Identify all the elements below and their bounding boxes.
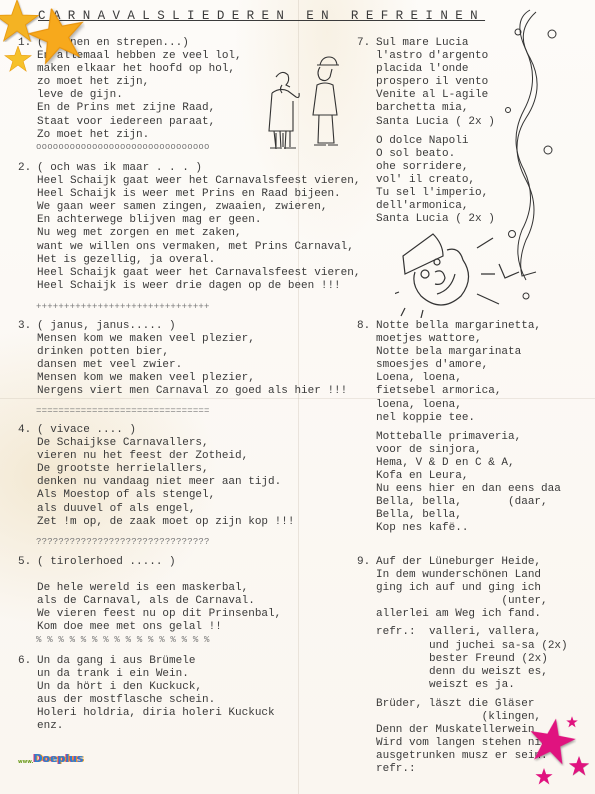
lyric-line: Auf der Lüneburger Heide, bbox=[376, 556, 568, 569]
song-6: 6.Un da gang i aus Brümeleun da trank i … bbox=[18, 655, 275, 734]
lyric-line: Mensen kom we maken veel plezier, bbox=[37, 333, 347, 346]
separator-1: ooooooooooooooooooooooooooooooo bbox=[36, 142, 210, 152]
lyric-line: Heel Schaijk gaat weer het Carnavalsfees… bbox=[37, 175, 360, 188]
lyric-line: Sul mare Lucia bbox=[376, 37, 495, 50]
lyric-line: als de Carnaval, als de Carnaval. bbox=[37, 595, 281, 608]
lyric-line: Als Moestop of als stengel, bbox=[37, 489, 294, 502]
gold-star-small-icon bbox=[4, 46, 32, 72]
lyric-line: Zet !m op, de zaak moet op zijn kop !!! bbox=[37, 516, 294, 529]
song-number: 4. bbox=[18, 424, 31, 437]
song-number: 8. bbox=[357, 320, 370, 333]
lyric-line: Kop nes kafë.. bbox=[376, 522, 561, 535]
song-number: 3. bbox=[18, 320, 31, 333]
lyric-line: voor de sinjora, bbox=[376, 444, 561, 457]
lyric-line: ( vivace .... ) bbox=[37, 424, 294, 437]
lyric-line: Notte bela margarinata bbox=[376, 346, 561, 359]
lyric-line: leve de gijn. bbox=[37, 89, 242, 102]
song-number: 2. bbox=[18, 162, 31, 175]
lyric-line: denken nu vandaag niet meer aan tijd. bbox=[37, 476, 294, 489]
lyric-line: We vieren feest nu op dit Prinsenbal, bbox=[37, 608, 281, 621]
pink-star-medium-icon bbox=[568, 756, 590, 776]
lyric-line: Nu eens hier en dan eens daa bbox=[376, 483, 561, 496]
song-7: 7.Sul mare Lucial'astro d'argentoplacida… bbox=[357, 37, 495, 226]
lyric-line: Bella, bella, bbox=[376, 509, 561, 522]
lyric-line: We gaan weer samen zingen, zwaaien, zwie… bbox=[37, 201, 360, 214]
lyric-line: want we willen ons vermaken, met Prins C… bbox=[37, 241, 360, 254]
lyric-line: bester Freund (2x) bbox=[376, 653, 568, 666]
lyric-line: maken elkaar het hoofd op hol, bbox=[37, 63, 242, 76]
logo-prefix: www. bbox=[18, 759, 33, 765]
lyric-line: O dolce Napoli bbox=[376, 135, 495, 148]
lyric-line: vieren nu het feest der Zotheid, bbox=[37, 450, 294, 463]
pink-star-small-icon bbox=[566, 716, 578, 728]
lyric-line: Kofa en Leura, bbox=[376, 470, 561, 483]
lyric-line: Santa Lucia ( 2x ) bbox=[376, 213, 495, 226]
lyric-line: Bella, bella, (daar, bbox=[376, 496, 561, 509]
lyric-line: vol' il creato, bbox=[376, 174, 495, 187]
lyric-line: Holeri holdria, diria holeri Kuckuck bbox=[37, 707, 275, 720]
lyric-line: Heel Schaijk gaat weer het Carnavalsfees… bbox=[37, 267, 360, 280]
lyric-line: dansen met veel zwier. bbox=[37, 359, 347, 372]
lyric-line: Brüder, läszt die Gläser bbox=[376, 698, 568, 711]
lyric-line: Nu weg met zorgen en met zaken, bbox=[37, 227, 360, 240]
lyric-line: moetjes wattore, bbox=[376, 333, 561, 346]
song-number: 9. bbox=[357, 556, 370, 569]
pink-star-bottom-icon bbox=[535, 768, 553, 785]
lyric-line: Un da gang i aus Brümele bbox=[37, 655, 275, 668]
lyric-line: nel koppie tee. bbox=[376, 412, 561, 425]
lyric-line: Notte bella margarinetta, bbox=[376, 320, 561, 333]
site-logo[interactable]: www. Doeplus bbox=[18, 752, 84, 765]
song-5: 5.( tirolerhoed ..... ) De hele wereld i… bbox=[18, 556, 281, 635]
song-number: 7. bbox=[357, 37, 370, 50]
lyric-line: ( och was ik maar . . . ) bbox=[37, 162, 360, 175]
song-number: 6. bbox=[18, 655, 31, 668]
lyric-line: zo moet het zijn, bbox=[37, 76, 242, 89]
lyric-line: Tu sel l'imperio, bbox=[376, 187, 495, 200]
lyric-line: ging ich auf und ging ich bbox=[376, 582, 568, 595]
lyric-line: Heel Schaijk is weer drie dagen op de be… bbox=[37, 280, 360, 293]
lyric-line: un da trank i ein Wein. bbox=[37, 668, 275, 681]
lyric-line: fietsebel armorica, bbox=[376, 385, 561, 398]
refrain-label: refr.: bbox=[376, 626, 416, 639]
lyric-line: En de Prins met zijne Raad, bbox=[37, 102, 242, 115]
lyric-line: allerlei am Weg ich fand. bbox=[376, 608, 568, 621]
lyric-line: denn du weiszt es, bbox=[376, 666, 568, 679]
lyric-line: In dem wunderschönen Land bbox=[376, 569, 568, 582]
lyric-line: loena, loena, bbox=[376, 399, 561, 412]
lyric-line: Nergens viert men Carnaval zo goed als h… bbox=[37, 385, 347, 398]
lyric-line: aus der mostflasche schein. bbox=[37, 694, 275, 707]
separator-3: =============================== bbox=[36, 406, 210, 416]
separator-2: +++++++++++++++++++++++++++++++ bbox=[36, 302, 210, 312]
song-number: 5. bbox=[18, 556, 31, 569]
lyric-line: De grootste herrielallers, bbox=[37, 463, 294, 476]
lyric-line: Heel Schaijk is weer met Prins en Raad b… bbox=[37, 188, 360, 201]
lyric-line: ohe sorridere, bbox=[376, 161, 495, 174]
lyric-line: weiszt es ja. bbox=[376, 679, 568, 692]
lyric-line: Hema, V & D en C & A, bbox=[376, 457, 561, 470]
lyric-line: Mensen kom we maken veel plezier, bbox=[37, 372, 347, 385]
separator-5: % % % % % % % % % % % % % % % % bbox=[36, 635, 210, 645]
lyric-line: smoesjes d'amore, bbox=[376, 359, 561, 372]
lyric-line: (unter, bbox=[376, 595, 568, 608]
lyric-line: ( tirolerhoed ..... ) bbox=[37, 556, 281, 569]
lyric-line: En achterwege blijven mag er geen. bbox=[37, 214, 360, 227]
lyric-line: Un da hört i den Kuckuck, bbox=[37, 681, 275, 694]
lyric-line: ( janus, janus..... ) bbox=[37, 320, 347, 333]
lyric-line bbox=[37, 569, 281, 582]
lyric-line: De hele wereld is een maskerbal, bbox=[37, 582, 281, 595]
lyric-line: placida l'onde bbox=[376, 63, 495, 76]
song-4: 4.( vivace .... )De Schaijkse Carnavalle… bbox=[18, 424, 294, 529]
lyric-line: Loena, loena, bbox=[376, 372, 561, 385]
lyric-line: drinken potten bier, bbox=[37, 346, 347, 359]
two-men-illustration bbox=[262, 55, 362, 150]
lyric-line: Staat voor iedereen paraat, bbox=[37, 116, 242, 129]
lyric-line: als duuvel of als engel, bbox=[37, 503, 294, 516]
lyric-line: O sol beato. bbox=[376, 148, 495, 161]
page-title: CARNAVALSLIEDEREN EN REFREINEN bbox=[38, 9, 485, 23]
lyric-line: Santa Lucia ( 2x ) bbox=[376, 116, 495, 129]
lyric-line: De Schaijkse Carnavallers, bbox=[37, 437, 294, 450]
lyric-line: und juchei sa-sa (2x) bbox=[376, 640, 568, 653]
logo-text: Doeplus bbox=[33, 752, 83, 765]
song-8: 8.Notte bella margarinetta,moetjes watto… bbox=[357, 320, 561, 536]
lyric-line: l'astro d'argento bbox=[376, 50, 495, 63]
lyric-line: barchetta mia, bbox=[376, 102, 495, 115]
lyric-line: enz. bbox=[37, 720, 275, 733]
separator-4: ??????????????????????????????? bbox=[36, 537, 210, 547]
lyric-line: Venite al L-agile bbox=[376, 89, 495, 102]
lyric-line: Kom doe mee met ons gelal !! bbox=[37, 621, 281, 634]
streamer-decoration bbox=[500, 6, 560, 306]
lyric-line: Motteballe primaveria, bbox=[376, 431, 561, 444]
lyric-line: Het is gezellig, ja overal. bbox=[37, 254, 360, 267]
song-3: 3.( janus, janus..... )Mensen kom we mak… bbox=[18, 320, 347, 399]
lyric-line: prospero il vento bbox=[376, 76, 495, 89]
song-2: 2.( och was ik maar . . . )Heel Schaijk … bbox=[18, 162, 360, 293]
lyric-line: Zo moet het zijn. bbox=[37, 129, 242, 142]
lyric-line: dell'armonica, bbox=[376, 200, 495, 213]
